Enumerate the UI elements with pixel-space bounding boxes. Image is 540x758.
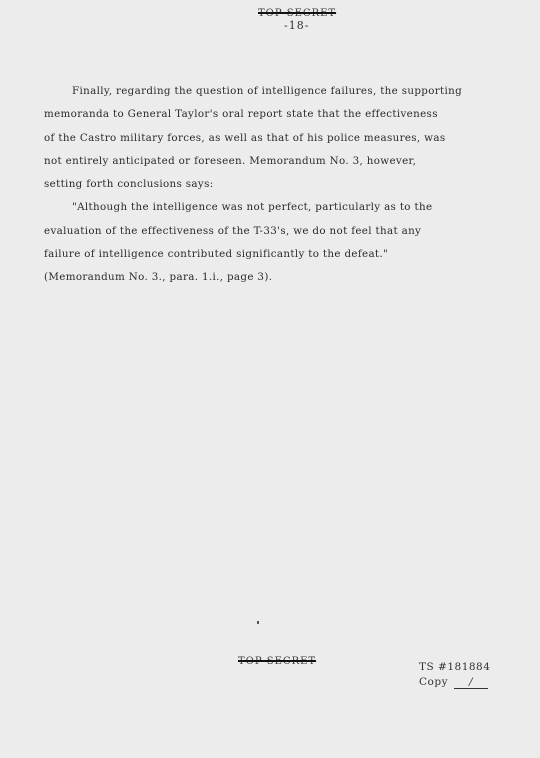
document-page: TOP SECRET -18- Finally, regarding the q… [0,0,540,758]
copy-value: / [454,676,488,689]
text-line: not entirely anticipated or foreseen. Me… [44,150,524,173]
classification-marking-top: TOP SECRET [258,8,336,19]
text-line: setting forth conclusions says: [44,173,524,196]
copy-number: Copy/ [419,675,490,690]
text-line: "Although the intelligence was not perfe… [44,196,524,219]
paragraph-intelligence-failures: Finally, regarding the question of intel… [44,80,524,196]
ts-number: TS #181884 [419,660,490,675]
quotation-memorandum-3: "Although the intelligence was not perfe… [44,196,524,289]
text-line: evaluation of the effectiveness of the T… [44,220,524,243]
classification-marking-bottom: TOP SECRET [238,656,316,667]
text-line: Finally, regarding the question of intel… [44,80,524,103]
scan-artifact [257,621,259,624]
control-number-block: TS #181884 Copy/ [419,660,490,690]
page-number: -18- [284,19,309,32]
text-line: failure of intelligence contributed sign… [44,243,524,266]
citation-line: (Memorandum No. 3., para. 1.i., page 3). [44,266,524,289]
text-line: of the Castro military forces, as well a… [44,127,524,150]
document-body: Finally, regarding the question of intel… [44,80,524,290]
copy-label: Copy [419,676,448,688]
text-line: memoranda to General Taylor's oral repor… [44,103,524,126]
